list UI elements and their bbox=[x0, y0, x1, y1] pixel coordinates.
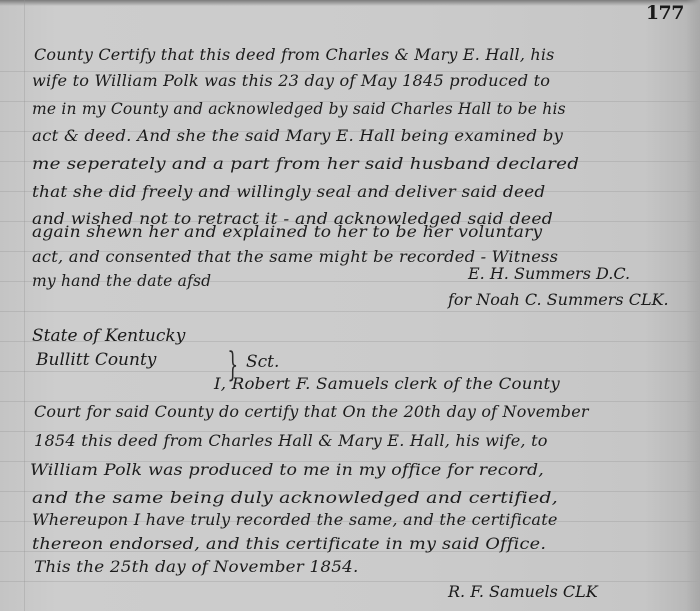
page-number: 177 bbox=[646, 2, 684, 24]
caption-state: State of Kentucky bbox=[32, 326, 185, 346]
text-line: me in my County and acknowledged by said… bbox=[32, 100, 566, 118]
page-right-edge bbox=[686, 0, 700, 611]
signature-clerk-for: for Noah C. Summers CLK. bbox=[448, 290, 669, 309]
text-line: my hand the date afsd bbox=[32, 272, 211, 290]
page-top-shadow bbox=[0, 0, 700, 6]
caption-sct: Sct. bbox=[246, 352, 279, 372]
text-line: Court for said County do certify that On… bbox=[34, 403, 589, 421]
text-line: This the 25th day of November 1854. bbox=[34, 558, 359, 576]
text-line: wife to William Polk was this 23 day of … bbox=[32, 72, 550, 90]
text-line: act & deed. And she the said Mary E. Hal… bbox=[32, 127, 563, 145]
text-line: Whereupon I have truly recorded the same… bbox=[32, 511, 558, 529]
caption-county: Bullitt County bbox=[36, 350, 156, 370]
document-page: 177 County Certify that this deed from C… bbox=[0, 0, 700, 611]
ruled-line bbox=[0, 311, 700, 312]
text-line: and the same being duly acknowledged and… bbox=[32, 489, 558, 507]
text-line: that she did freely and willingly seal a… bbox=[32, 183, 545, 201]
text-line: thereon endorsed, and this certificate i… bbox=[32, 535, 546, 553]
text-line: me seperately and a part from her said h… bbox=[32, 155, 579, 173]
signature-clerk: R. F. Samuels CLK bbox=[448, 582, 598, 601]
margin-line bbox=[24, 0, 25, 611]
signature-deputy-clerk: E. H. Summers D.C. bbox=[468, 264, 630, 283]
text-line: 1854 this deed from Charles Hall & Mary … bbox=[34, 432, 548, 450]
text-line: County Certify that this deed from Charl… bbox=[34, 46, 555, 64]
text-line: I, Robert F. Samuels clerk of the County bbox=[214, 375, 560, 393]
ruled-line bbox=[0, 371, 700, 372]
text-line: William Polk was produced to me in my of… bbox=[30, 461, 544, 479]
text-line: again shewn her and explained to her to … bbox=[32, 223, 542, 241]
ruled-line bbox=[0, 401, 700, 402]
